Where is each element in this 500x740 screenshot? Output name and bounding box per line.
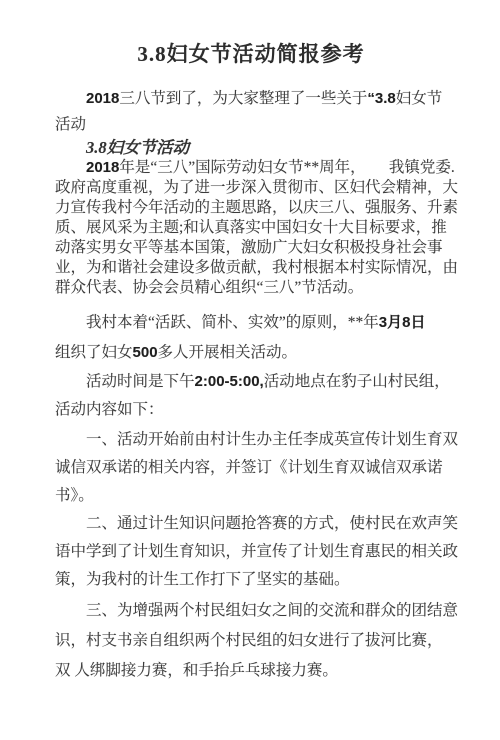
text-line: 活动时间是下午2:00-5:00,活动地点在豹子山村民组， (55, 368, 447, 396)
text-run: 诚信双承诺的相关内容，并签订《计划生育双诚信双承诺 (55, 459, 443, 476)
paragraph-item-three: 三、为增强两个村民组妇女之间的交流和群众的团结意识，村支书亲自组织两个村民组的妇… (55, 596, 447, 686)
text-line: 2018年是“三八”国际劳动妇女节**周年， 我镇党委. (55, 158, 447, 178)
document-content: 3.8妇女节活动简报参考 2018三八节到了，为大家整理了一些关于“3.8妇女节… (55, 38, 447, 686)
text-line: 策，为我村的计生工作打下了坚实的基础。 (55, 566, 447, 594)
text-run: 活动内容如下： (55, 401, 164, 418)
text-run: 质、展风采为主题;和认真落实中国妇女十大目标要求，推 (55, 219, 447, 236)
text-line: 二、通过计生知识问题抢答赛的方式，使村民在欢声笑 (55, 510, 447, 538)
text-run: 三、为增强两个村民组妇女之间的交流和群众的团结意 (86, 602, 458, 619)
text-run: “3.8 (367, 90, 395, 107)
text-run: 政府高度重视，为了进一步深入贯彻市、区妇代会精神，大 (55, 179, 458, 196)
text-line: 语中学到了计划生育知识，并宣传了计划生育惠民的相关政 (55, 538, 447, 566)
text-run: 2018 (86, 159, 119, 176)
paragraph-item-one: 一、活动开始前由村计生办主任李成英宣传计划生育双诚信双承诺的相关内容，并签订《计… (55, 426, 447, 510)
text-run: 活动地点在豹子山村民组， (264, 373, 450, 390)
text-run: 2018 (86, 90, 119, 107)
text-line: 一、活动开始前由村计生办主任李成英宣传计划生育双 (55, 426, 447, 454)
text-run: 活动 (55, 116, 86, 133)
document-title: 3.8妇女节活动简报参考 (55, 38, 447, 68)
text-line: 群众代表、协会会员精心组织“三八”节活动。 (55, 278, 447, 298)
text-run: 组织了妇女 (55, 344, 133, 361)
text-line: 活动 (55, 112, 447, 138)
text-run: 双 人绑脚接力赛，和手抬乒乓球接力赛。 (55, 662, 338, 679)
text-run: 2:00-5:00, (195, 373, 264, 390)
text-line: 双 人绑脚接力赛，和手抬乒乓球接力赛。 (55, 656, 447, 686)
text-run: 策，为我村的计生工作打下了坚实的基础。 (55, 571, 350, 588)
text-run: 二、通过计生知识问题抢答赛的方式，使村民在欢声笑 (86, 515, 458, 532)
paragraph-item-two: 二、通过计生知识问题抢答赛的方式，使村民在欢声笑语中学到了计划生育知识，并宣传了… (55, 510, 447, 594)
text-line: 业，为和谐社会建设多做贡献，我村根据本村实际情况，由 (55, 258, 447, 278)
text-run: 500 (133, 344, 158, 361)
text-run: 动落实男女平等基本国策，激励广大妇女积极投身社会事 (55, 239, 443, 256)
text-run: 多人开展相关活动。 (158, 344, 298, 361)
text-run: 活动时间是下午 (86, 373, 195, 390)
paragraph-principle: 我村本着“活跃、简朴、实效”的原则，**年3月8日组织了妇女500多人开展相关活… (55, 308, 447, 368)
text-line: 动落实男女平等基本国策，激励广大妇女积极投身社会事 (55, 238, 447, 258)
text-line: 质、展风采为主题;和认真落实中国妇女十大目标要求，推 (55, 218, 447, 238)
text-line: 我村本着“活跃、简朴、实效”的原则，**年3月8日 (55, 308, 447, 338)
text-line: 组织了妇女500多人开展相关活动。 (55, 338, 447, 368)
text-line: 诚信双承诺的相关内容，并签订《计划生育双诚信双承诺 (55, 454, 447, 482)
text-line: 力宣传我村今年活动的主题思路，以庆三八、强服务、升素 (55, 198, 447, 218)
document-page: 3.8妇女节活动简报参考 2018三八节到了，为大家整理了一些关于“3.8妇女节… (0, 0, 500, 740)
text-line: 政府高度重视，为了进一步深入贯彻市、区妇代会精神，大 (55, 178, 447, 198)
text-run: 识，村支书亲自组织两个村民组的妇女进行了拔河比赛， (55, 632, 443, 649)
text-line: 3.8妇女节活动 (55, 138, 447, 158)
text-run: 一、活动开始前由村计生办主任李成英宣传计划生育双 (86, 431, 458, 448)
text-run: 三八节到了，为大家整理了一些关于 (119, 90, 367, 107)
text-run: 3月8日 (379, 314, 426, 331)
document-body: 2018三八节到了，为大家整理了一些关于“3.8妇女节活动3.8妇女节活动201… (55, 86, 447, 686)
text-run: 3.8妇女节活动 (86, 138, 189, 157)
text-run: 年是“三八”国际劳动妇女节**周年， 我镇党委. (119, 159, 454, 176)
paragraph-time-place: 活动时间是下午2:00-5:00,活动地点在豹子山村民组，活动内容如下： (55, 368, 447, 424)
text-run: 力宣传我村今年活动的主题思路，以庆三八、强服务、升素 (55, 199, 458, 216)
text-line: 识，村支书亲自组织两个村民组的妇女进行了拔河比赛， (55, 626, 447, 656)
text-line: 书》。 (55, 482, 447, 510)
text-run: 群众代表、协会会员精心组织“三八”节活动。 (55, 279, 363, 296)
paragraph-body-overview: 2018年是“三八”国际劳动妇女节**周年， 我镇党委.政府高度重视，为了进一步… (55, 158, 447, 298)
text-line: 活动内容如下： (55, 396, 447, 424)
text-run: 我村本着“活跃、简朴、实效”的原则，**年 (86, 314, 379, 331)
paragraph-intro: 2018三八节到了，为大家整理了一些关于“3.8妇女节活动 (55, 86, 447, 138)
text-run: 妇女节 (396, 90, 443, 107)
text-run: 书》。 (55, 487, 94, 504)
text-run: 业，为和谐社会建设多做贡献，我村根据本村实际情况，由 (55, 259, 458, 276)
paragraph-subtitle: 3.8妇女节活动 (55, 138, 447, 158)
text-line: 2018三八节到了，为大家整理了一些关于“3.8妇女节 (55, 86, 447, 112)
text-line: 三、为增强两个村民组妇女之间的交流和群众的团结意 (55, 596, 447, 626)
text-run: 语中学到了计划生育知识，并宣传了计划生育惠民的相关政 (55, 543, 458, 560)
